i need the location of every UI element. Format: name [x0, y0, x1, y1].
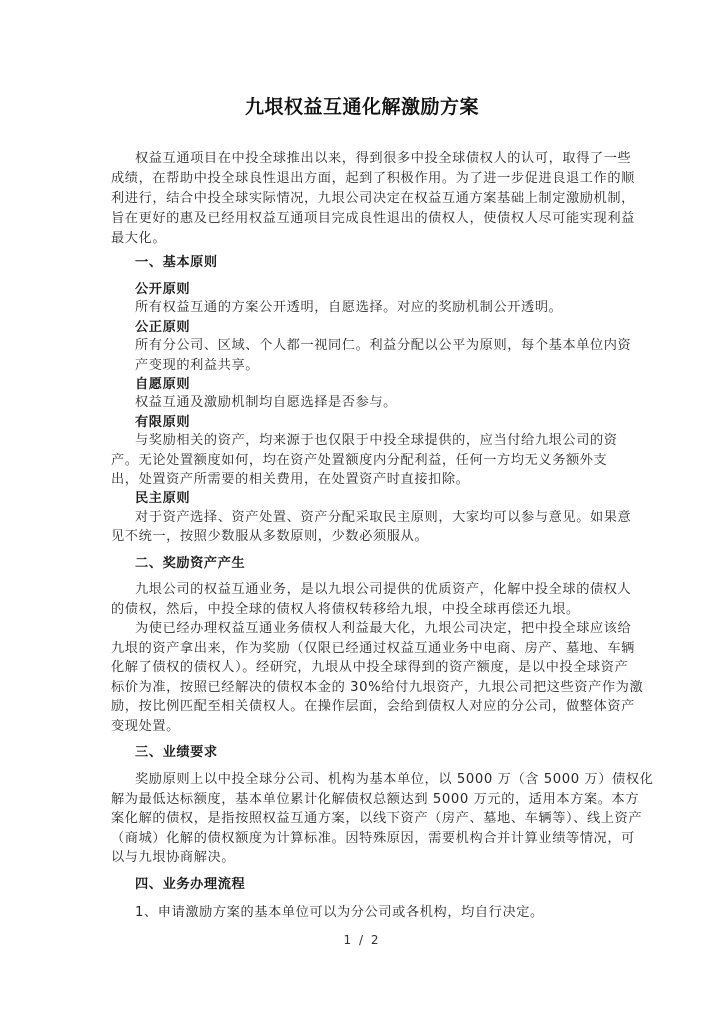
principle-heading-openness: 公开原则	[135, 281, 190, 299]
principle-text: 与奖励相关的资产，均来源于也仅限于中投全球提供的，应当付给九垠公司的资	[135, 432, 618, 450]
body-line: 化解了债权的债权人）。经研究，九垠从中投全球得到的资产额度，是以中投全球资产	[111, 659, 628, 677]
body-line: 九垠公司的权益互通业务，是以九垠公司提供的优质资产，化解中投全球的债权人	[135, 581, 631, 599]
body-line: 标价为准，按照已经解决的债权本金的 30%给付九垠资产，九垠公司把这些资产作为激	[111, 679, 643, 697]
body-line: 励，按比例匹配至相关债权人。在操作层面，会给到债权人对应的分公司，做整体资产	[111, 698, 635, 716]
section-heading-process: 四、业务办理流程	[135, 876, 245, 894]
principle-text: 产变现的利益共享。	[135, 357, 259, 375]
body-line: 变现处置。	[111, 718, 180, 736]
page-number: 1 / 2	[0, 933, 724, 947]
principle-text: 见不统一，按照少数服从多数原则，少数必须服从。	[111, 528, 428, 546]
principle-heading-democracy: 民主原则	[135, 490, 190, 508]
intro-line: 旨在更好的惠及已经用权益互通项目完成良性退出的债权人，使债权人尽可能实现利益	[111, 210, 635, 228]
principle-text: 产。无论处置额度如何，均在资产处置额度内分配利益，任何一方均无义务额外支	[111, 452, 607, 470]
principle-heading-voluntary: 自愿原则	[135, 376, 190, 394]
body-line: 的债权，然后，中投全球的债权人将债权转移给九垠，中投全球再偿还九垠。	[111, 601, 580, 619]
intro-line: 权益互通项目在中投全球推出以来，得到很多中投全球债权人的认可，取得了一些	[135, 150, 631, 168]
body-line: 案化解的债权，是指按照权益互通方案，以线下资产（房产、墓地、车辆等）、线上资产	[111, 810, 642, 828]
body-line: （商城）化解的债权额度为计算标准。因特殊原因，需要机构合并计算业绩等情况，可	[111, 830, 635, 848]
principle-text: 权益互通及激励机制均自愿选择是否参与。	[135, 394, 397, 412]
section-heading-basic-principles: 一、基本原则	[135, 254, 218, 272]
section-heading-reward-assets: 二、奖励资产产生	[135, 555, 245, 573]
body-line: 解为最低达标额度，基本单位累计化解债权总额达到 5000 万元的，适用本方案。本…	[111, 791, 639, 809]
body-line: 奖励原则上以中投全球分公司、机构为基本单位，以 5000 万（含 5000 万）…	[135, 771, 654, 789]
body-line: 1、申请激励方案的基本单位可以为分公司或各机构，均自行决定。	[135, 904, 544, 922]
section-heading-performance: 三、业绩要求	[135, 744, 218, 762]
principle-text: 所有分公司、区域、个人都一视同仁。利益分配以公平为原则，每个基本单位内资	[135, 337, 631, 355]
body-line: 以与九垠协商解决。	[111, 849, 235, 867]
principle-text: 所有权益互通的方案公开透明，自愿选择。对应的奖励机制公开透明。	[135, 299, 562, 317]
intro-line: 利进行，结合中投全球实际情况，九垠公司决定在权益互通方案基础上制定激励机制，	[111, 190, 635, 208]
intro-line: 最大化。	[111, 230, 166, 248]
intro-line: 成绩，在帮助中投全球良性退出方面，起到了积极作用。为了进一步促进良退工作的顺	[111, 170, 635, 188]
principle-heading-fairness: 公正原则	[135, 319, 190, 337]
principle-heading-limited: 有限原则	[135, 414, 190, 432]
document-title: 九垠权益互通化解激励方案	[0, 92, 724, 119]
principle-text: 对于资产选择、资产处置、资产分配采取民主原则，大家均可以参与意见。如果意	[135, 509, 631, 527]
document-page: 九垠权益互通化解激励方案 权益互通项目在中投全球推出以来，得到很多中投全球债权人…	[0, 0, 724, 1024]
body-line: 九垠的资产拿出来，作为奖励（仅限已经通过权益互通业务中电商、房产、墓地、车辆	[111, 640, 635, 658]
body-line: 为使已经办理权益互通业务债权人利益最大化，九垠公司决定，把中投全球应该给	[135, 620, 631, 638]
principle-text: 出，处置资产所需要的相关费用，在处置资产时直接扣除。	[111, 471, 469, 489]
